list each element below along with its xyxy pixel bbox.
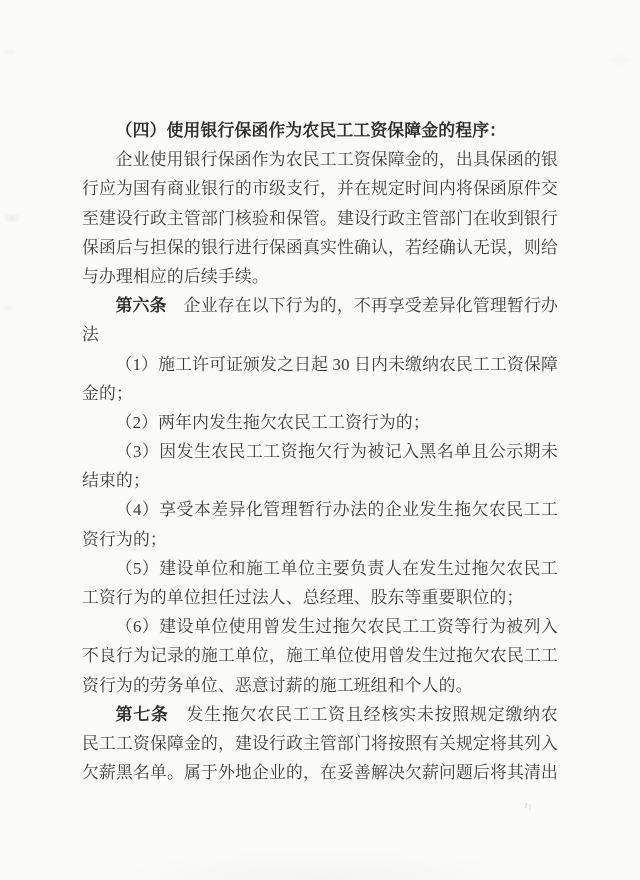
doc-line: 企业使用银行保函作为农民工工资保障金的，出具保函的银: [82, 145, 558, 174]
doc-line: （1）施工许可证颁发之日起 30 日内未缴纳农民工工资保障: [82, 350, 558, 379]
line-text: 企业存在以下行为的，不再享受差异化管理暂行办: [167, 296, 558, 315]
doc-line: 保函后与担保的银行进行保函真实性确认，若经确认无误，则给: [82, 233, 558, 262]
doc-line: 资行为的；: [82, 525, 558, 554]
line-text: 企业使用银行保函作为农民工工资保障金的，出具保函的银: [116, 150, 558, 169]
line-text: 民工工资保障金的，建设行政主管部门将按照有关规定将其列入: [82, 734, 558, 753]
line-text: （1）施工许可证颁发之日起 30 日内未缴纳农民工工资保障: [116, 355, 558, 374]
doc-line: （四）使用银行保函作为农民工工资保障金的程序：: [82, 116, 558, 145]
doc-line: （4）享受本差异化管理暂行办法的企业发生拖欠农民工工: [82, 495, 558, 524]
doc-line: （3）因发生农民工工资拖欠行为被记入黑名单且公示期未: [82, 437, 558, 466]
article-number: 第六条: [116, 296, 167, 315]
doc-line: 法: [82, 320, 558, 349]
doc-line: 结束的；: [82, 466, 558, 495]
doc-line: 金的；: [82, 379, 558, 408]
doc-line: （2）两年内发生拖欠农民工工资行为的；: [82, 408, 558, 437]
line-text: 与办理相应的后续手续。: [82, 267, 269, 286]
line-text: （6）建设单位使用曾发生过拖欠农民工工资等行为被列入: [116, 617, 558, 636]
line-text: 不良行为记录的施工单位，施工单位使用曾发生过拖欠农民工工: [82, 646, 558, 665]
doc-line: 第六条 企业存在以下行为的，不再享受差异化管理暂行办: [82, 291, 558, 320]
line-text: 工资行为的单位担任过法人、总经理、股东等重要职位的；: [82, 588, 524, 607]
section-heading: （四）使用银行保函作为农民工工资保障金的程序：: [116, 121, 507, 140]
doc-line: 不良行为记录的施工单位，施工单位使用曾发生过拖欠农民工工: [82, 641, 558, 670]
line-text: 行应为国有商业银行的市级支行，并在规定时间内将保函原件交: [82, 179, 558, 198]
line-text: 法: [82, 325, 99, 344]
line-text: 结束的；: [82, 471, 150, 490]
article-number: 第七条: [116, 705, 169, 724]
line-text: 资行为的劳务单位、恶意讨薪的施工班组和个人的。: [82, 676, 473, 695]
doc-line: （5）建设单位和施工单位主要负责人在发生过拖欠农民工: [82, 554, 558, 583]
doc-line: 民工工资保障金的，建设行政主管部门将按照有关规定将其列入: [82, 729, 558, 758]
document-text-column: （四）使用银行保函作为农民工工资保障金的程序： 企业使用银行保函作为农民工工资保…: [82, 116, 558, 787]
line-text: 欠薪黑名单。属于外地企业的，在妥善解决欠薪问题后将其清出: [82, 763, 558, 782]
doc-line: 行应为国有商业银行的市级支行，并在规定时间内将保函原件交: [82, 174, 558, 203]
doc-line: 资行为的劳务单位、恶意讨薪的施工班组和个人的。: [82, 671, 558, 700]
doc-line: 欠薪黑名单。属于外地企业的，在妥善解决欠薪问题后将其清出: [82, 758, 558, 787]
scan-artifact-mark: [522, 800, 538, 816]
doc-line: 与办理相应的后续手续。: [82, 262, 558, 291]
doc-line: （6）建设单位使用曾发生过拖欠农民工工资等行为被列入: [82, 612, 558, 641]
line-text: 资行为的；: [82, 530, 167, 549]
line-text: 发生拖欠农民工工资且经核实未按照规定缴纳农: [169, 705, 558, 724]
line-text: 金的；: [82, 384, 133, 403]
line-text: 保函后与担保的银行进行保函真实性确认，若经确认无误，则给: [82, 238, 558, 257]
doc-line: 工资行为的单位担任过法人、总经理、股东等重要职位的；: [82, 583, 558, 612]
line-text: （2）两年内发生拖欠农民工工资行为的；: [116, 413, 430, 432]
doc-line: 至建设行政主管部门核验和保管。建设行政主管部门在收到银行: [82, 204, 558, 233]
line-text: （5）建设单位和施工单位主要负责人在发生过拖欠农民工: [116, 559, 558, 578]
doc-line: 第七条 发生拖欠农民工工资且经核实未按照规定缴纳农: [82, 700, 558, 729]
line-text: （3）因发生农民工工资拖欠行为被记入黑名单且公示期未: [116, 442, 558, 461]
line-text: 至建设行政主管部门核验和保管。建设行政主管部门在收到银行: [82, 209, 558, 228]
line-text: （4）享受本差异化管理暂行办法的企业发生拖欠农民工工: [116, 500, 558, 519]
